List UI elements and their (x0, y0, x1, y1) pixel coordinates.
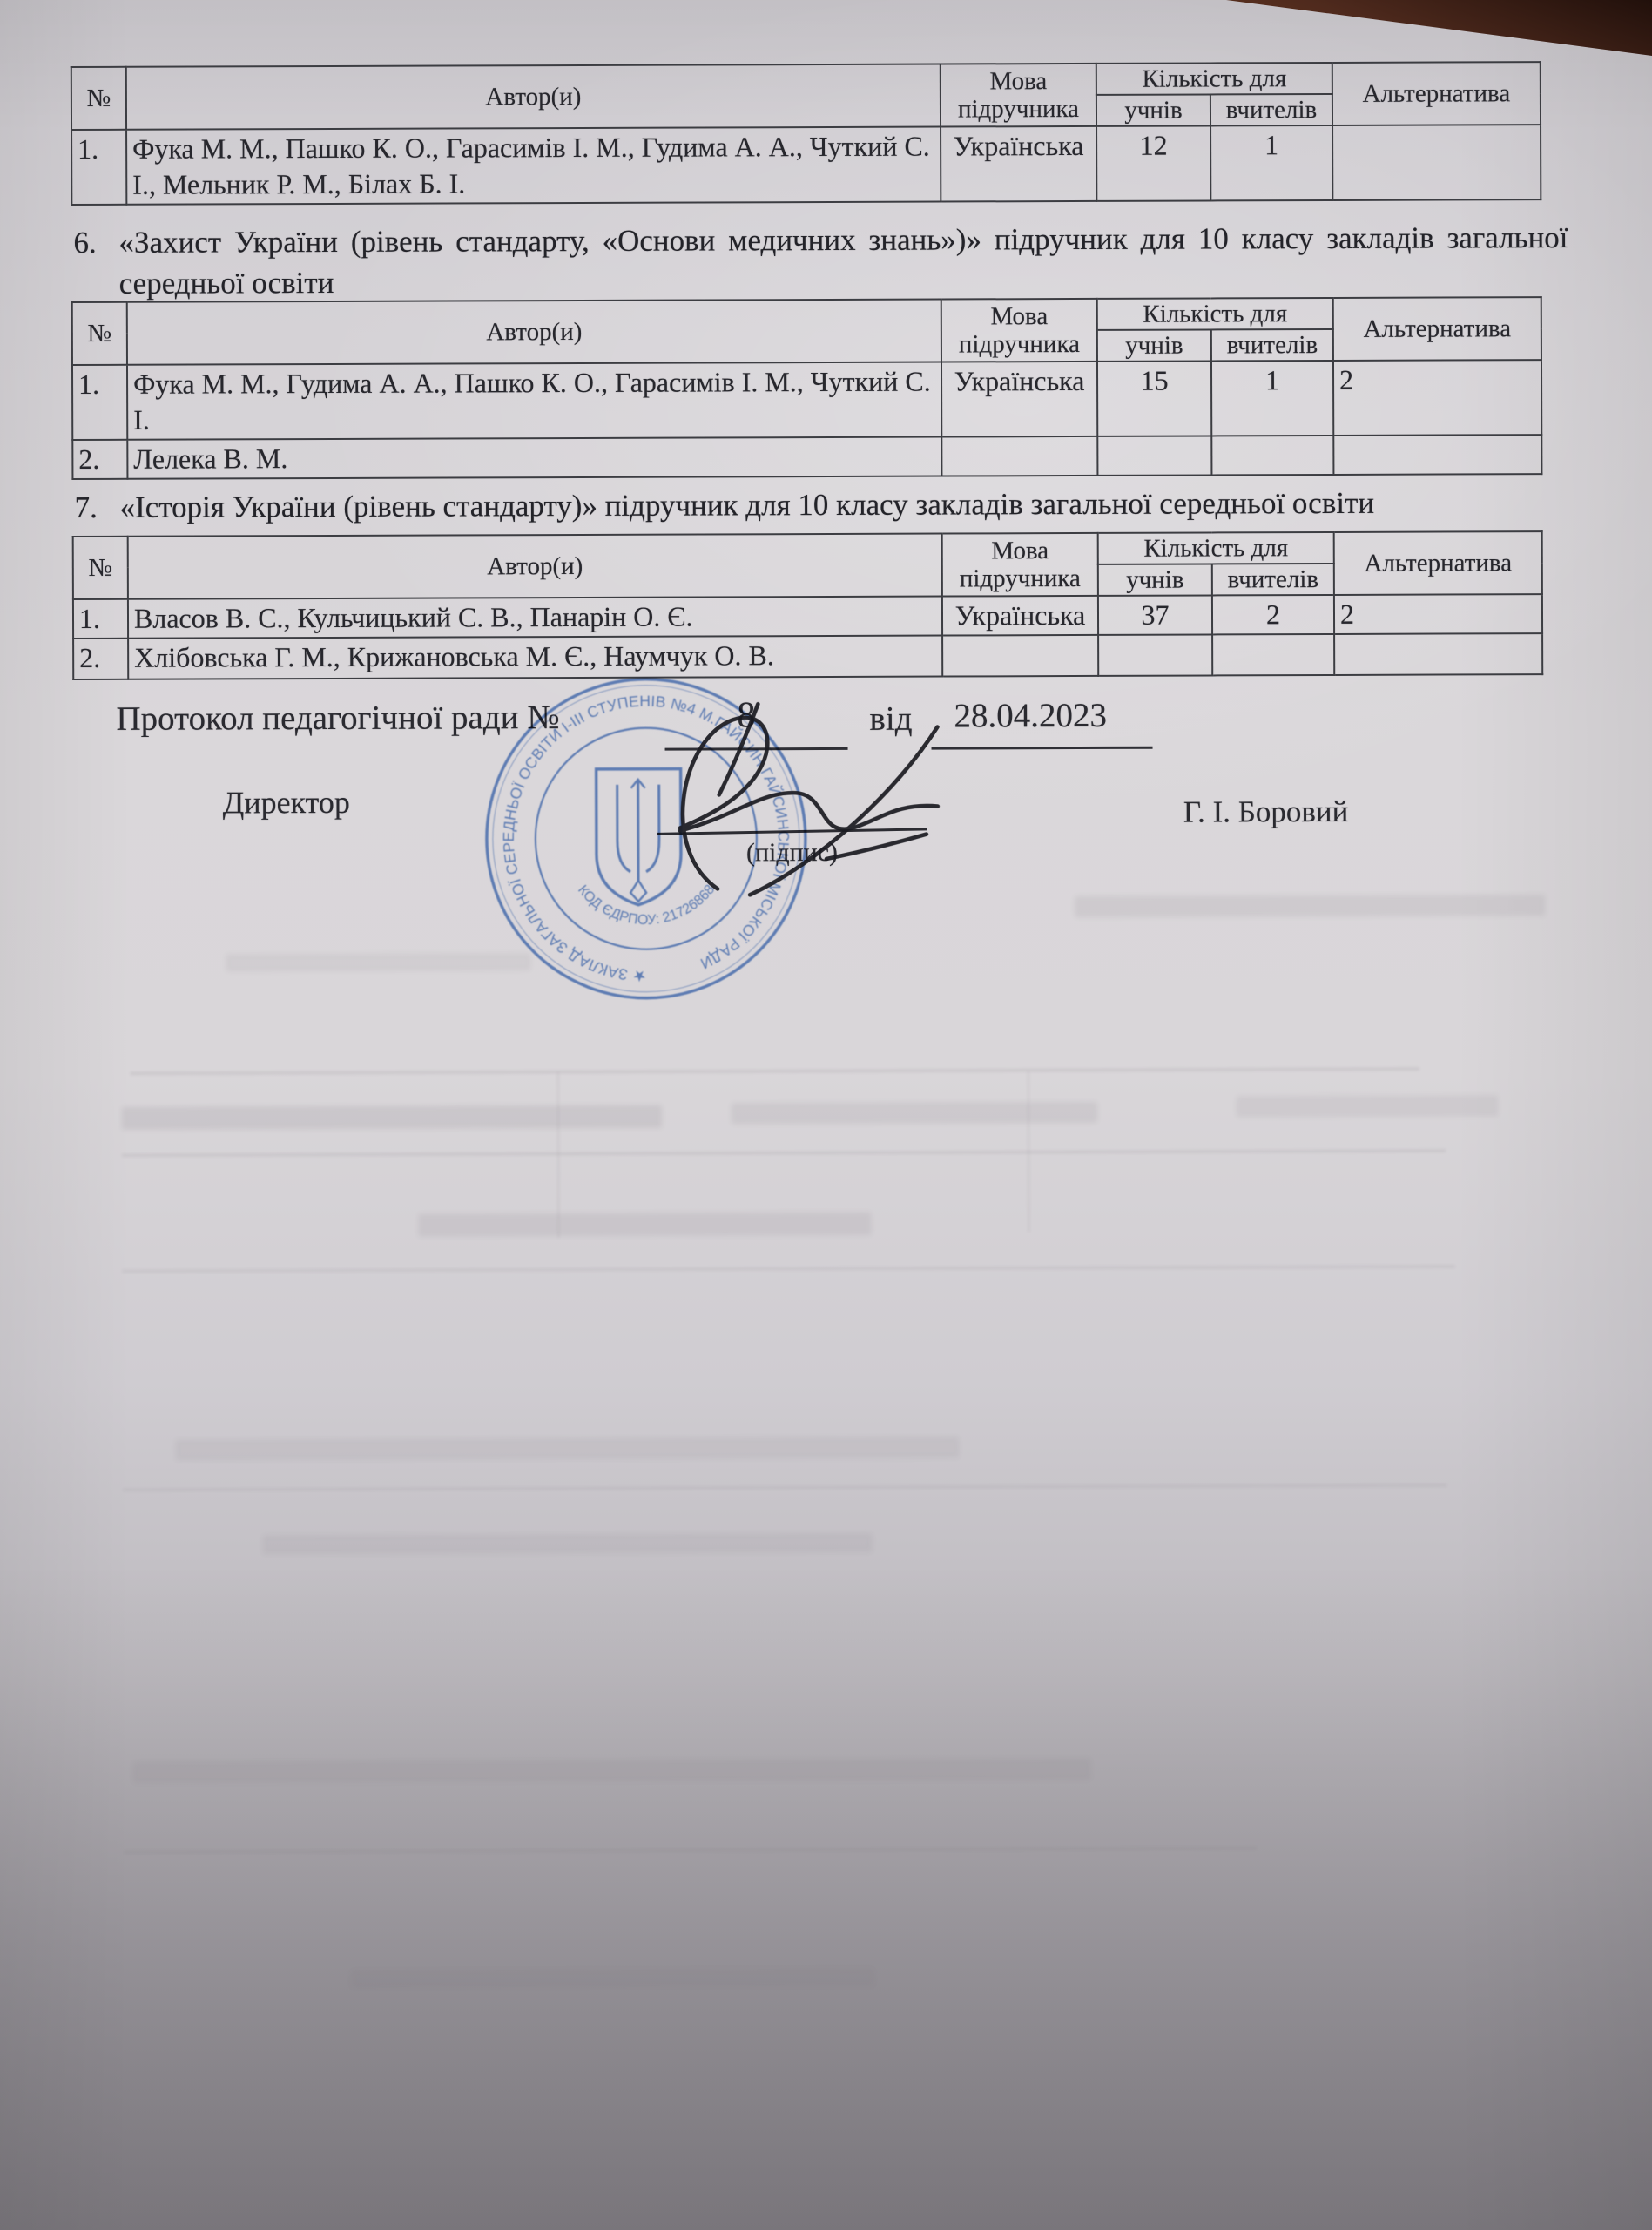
bleedthrough-ghost (1028, 1071, 1030, 1232)
row-teachers-count: 1 (1210, 125, 1332, 200)
row-number: 2. (73, 639, 128, 679)
row-language (942, 635, 1098, 677)
col-header-quantity: Кількість для (1096, 63, 1332, 95)
bleedthrough-ghost (351, 1969, 873, 1988)
bleedthrough-ghost (122, 1150, 1446, 1157)
row-authors: Фука М. М., Гудима А. А., Пашко К. О., Г… (127, 362, 941, 440)
col-header-authors: Автор(и) (126, 64, 941, 130)
row-alternative: 2 (1334, 594, 1542, 634)
row-teachers-count (1212, 634, 1334, 675)
col-header-language: Мова підручника (941, 299, 1097, 362)
col-header-students: учнів (1098, 564, 1212, 595)
row-alternative: 2 (1333, 360, 1541, 436)
col-header-students: учнів (1097, 329, 1211, 361)
item-7-number: 7. (74, 487, 119, 528)
bleedthrough-ghost (1075, 895, 1545, 917)
col-header-authors: Автор(и) (128, 534, 942, 599)
row-students-count (1098, 634, 1212, 675)
bleedthrough-ghost (123, 1484, 1446, 1491)
row-students-count: 15 (1097, 361, 1211, 436)
col-header-teachers: вчителів (1212, 564, 1334, 595)
col-header-teachers: вчителів (1211, 329, 1333, 361)
col-header-quantity: Кількість для (1097, 298, 1333, 330)
bleedthrough-ghost (133, 1759, 1091, 1783)
textbook-table-3: № Автор(и) Мова підручника Кількість для… (72, 530, 1544, 680)
row-students-count: 12 (1096, 125, 1210, 200)
col-header-language: Мова підручника (942, 533, 1098, 597)
bleedthrough-ghost (732, 1102, 1097, 1124)
row-teachers-count (1211, 436, 1333, 475)
bleedthrough-ghost (263, 1533, 873, 1554)
row-teachers-count: 2 (1212, 595, 1334, 634)
table-row: 1. Фука М. М., Гудима А. А., Пашко К. О.… (72, 360, 1541, 440)
row-language: Українська (941, 362, 1097, 437)
row-language (941, 436, 1097, 476)
col-header-quantity: Кількість для (1098, 532, 1334, 564)
director-name: Г. І. Боровий (1183, 794, 1349, 830)
bleedthrough-ghost (131, 1068, 1419, 1075)
item-7-heading: 7. «Історія України (рівень стандарту)» … (74, 482, 1568, 528)
col-header-students: учнів (1096, 94, 1210, 125)
row-number: 1. (72, 365, 127, 440)
row-authors: Лелека В. М. (127, 437, 941, 479)
col-header-alternative: Альтернатива (1334, 531, 1542, 595)
document-content: № Автор(и) Мова підручника Кількість для… (0, 0, 1652, 2230)
bleedthrough-ghost (125, 1847, 1257, 1854)
col-header-teachers: вчителів (1210, 94, 1332, 125)
row-language: Українська (941, 126, 1096, 202)
row-alternative (1334, 633, 1542, 675)
row-teachers-count: 1 (1211, 361, 1333, 436)
director-label: Директор (223, 784, 350, 821)
row-authors: Власов В. С., Кульчицький С. В., Панарін… (128, 597, 942, 639)
item-6-number: 6. (73, 222, 118, 304)
item-6-title: «Захист України (рівень стандарту, «Осно… (118, 217, 1568, 304)
row-students-count (1097, 436, 1211, 475)
col-header-authors: Автор(и) (127, 300, 941, 365)
col-header-alternative: Альтернатива (1332, 62, 1541, 125)
photographed-document: № Автор(и) Мова підручника Кількість для… (0, 0, 1652, 2230)
bleedthrough-ghost (122, 1105, 662, 1130)
bleedthrough-ghost (418, 1213, 871, 1237)
table-row: 1. Фука М. М., Пашко К. О., Гарасимів І.… (71, 125, 1541, 205)
row-number: 1. (73, 599, 128, 639)
table-row: 2. Лелека В. М. (72, 435, 1541, 479)
row-alternative (1332, 125, 1541, 200)
row-alternative (1333, 435, 1541, 475)
col-header-no: № (73, 537, 128, 599)
table-row: 1. Власов В. С., Кульчицький С. В., Пана… (73, 594, 1542, 639)
col-header-language: Мова підручника (941, 64, 1096, 127)
row-number: 2. (72, 440, 127, 479)
bleedthrough-ghost (123, 1265, 1455, 1272)
row-students-count: 37 (1098, 595, 1212, 634)
row-number: 1. (71, 130, 126, 205)
textbook-table-2: № Автор(и) Мова підручника Кількість для… (71, 296, 1543, 480)
bleedthrough-ghost (175, 1436, 959, 1460)
bleedthrough-ghost (1237, 1095, 1498, 1117)
bleedthrough-ghost (557, 1072, 560, 1238)
row-authors: Фука М. М., Пашко К. О., Гарасимів І. М.… (126, 127, 941, 205)
col-header-no: № (72, 302, 127, 365)
col-header-no: № (71, 67, 126, 130)
row-language: Українська (942, 596, 1098, 636)
director-signature-ink (529, 687, 1123, 907)
textbook-table-1: № Автор(и) Мова підручника Кількість для… (71, 61, 1542, 206)
col-header-alternative: Альтернатива (1333, 297, 1541, 361)
item-7-title: «Історія України (рівень стандарту)» під… (119, 482, 1568, 528)
item-6-heading: 6. «Захист України (рівень стандарту, «О… (73, 217, 1568, 304)
